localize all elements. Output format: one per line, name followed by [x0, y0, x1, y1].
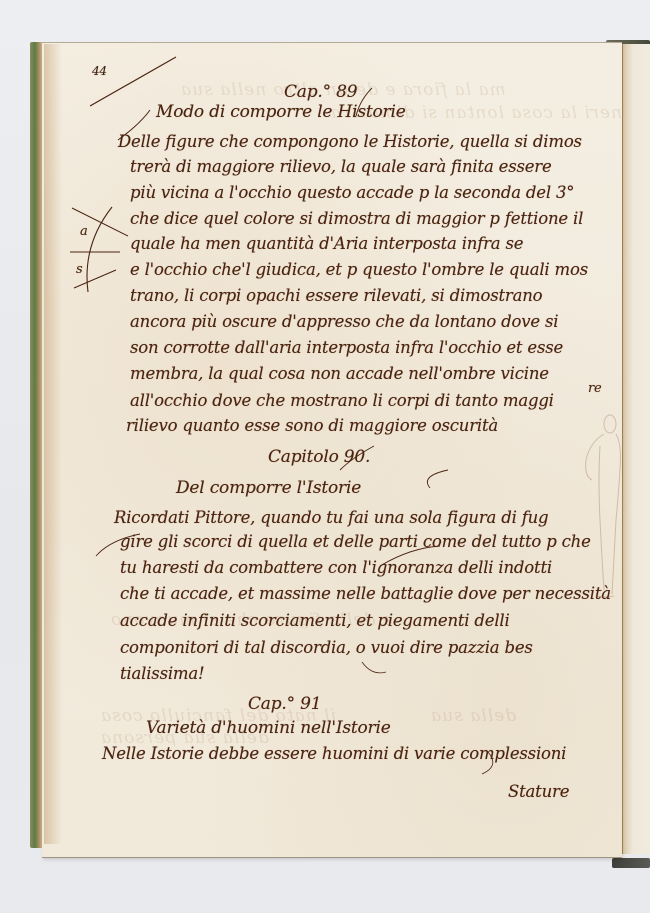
text-line: tu haresti da combattere con l'ignoranza…: [120, 558, 552, 577]
folio-number: 44: [92, 64, 107, 78]
text-line: ancora più oscure d'appresso che da lont…: [130, 312, 558, 331]
text-line: più vicina a l'occhio questo accade p la…: [130, 183, 574, 202]
chapter-title-89: Modo di comporre le Historie: [156, 102, 406, 122]
text-line: son corrotte dall'aria interposta infra …: [130, 338, 563, 357]
chapter-title-91: Varietà d'huomini nell'Istorie: [146, 718, 391, 738]
text-line: Ricordati Pittore, quando tu fai una sol…: [114, 508, 548, 527]
gutter-stain: [44, 44, 62, 844]
text-line: accade infiniti scorciamenti, et piegame…: [120, 611, 510, 630]
text-line: trano, li corpi opachi essere rilevati, …: [130, 286, 542, 305]
binding-corner-bottom: [612, 858, 650, 868]
adjacent-page-edge: [622, 44, 650, 854]
text-line: Nelle Istorie debbe essere huomini di va…: [102, 744, 566, 763]
text-line: e l'occhio che'l giudica, et p questo l'…: [130, 260, 588, 279]
text-line: gire gli scorci di quella et delle parti…: [120, 532, 591, 551]
chapter-label-90: Capitolo 90.: [268, 447, 370, 467]
chapter-title-90: Del comporre l'Istorie: [176, 478, 361, 498]
diagram-label-s: s: [76, 262, 82, 277]
text-line: membra, la qual cosa non accade nell'omb…: [130, 364, 549, 383]
bleed-through-text: della sua: [430, 706, 516, 726]
text-line: tialissima!: [120, 664, 204, 683]
diagram-label-a: a: [80, 224, 88, 239]
text-line: componitori di tal discordia, o vuoi dir…: [120, 638, 533, 657]
chapter-label-91: Cap.° 91: [248, 694, 321, 714]
text-line: trerà di maggiore rilievo, la quale sarà…: [130, 157, 552, 176]
text-line: Delle figure che compongono le Historie,…: [118, 132, 582, 151]
text-line: all'occhio dove che mostrano li corpi di…: [130, 391, 554, 410]
catchword: Stature: [508, 782, 569, 801]
text-line: che ti accade, et massime nelle battagli…: [120, 584, 611, 603]
chapter-label-89: Cap.° 89: [284, 82, 357, 102]
interlinear-addition: re: [588, 381, 602, 396]
text-line: rilievo quanto esse sono di maggiore osc…: [126, 416, 498, 435]
text-line: quale ha men quantità d'Aria interposta …: [130, 234, 523, 253]
text-line: che dice quel colore si dimostra di magg…: [130, 209, 583, 228]
